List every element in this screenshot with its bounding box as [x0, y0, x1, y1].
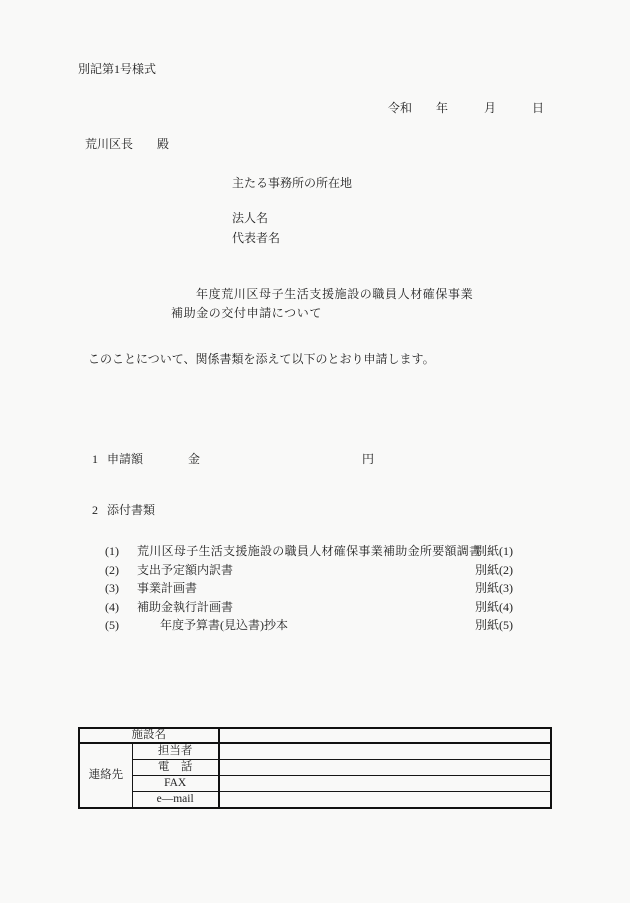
item-title: 補助金執行計画書 — [137, 600, 233, 614]
facility-name-label: 施設名 — [79, 728, 219, 743]
amount-prefix-kin: 金 — [188, 452, 200, 466]
contact-person-label: 担当者 — [132, 743, 218, 760]
item-number: (5) — [105, 618, 119, 632]
fax-value — [219, 776, 551, 792]
application-amount-section: 1 申請額 金 円 — [0, 452, 630, 468]
item-title: 荒川区母子生活支援施設の職員人材確保事業補助金所要額調書 — [137, 544, 481, 558]
document-title-line2: 補助金の交付申請について — [171, 306, 322, 320]
item-ref: 別紙(2) — [475, 563, 513, 577]
corporate-name-label: 法人名 — [232, 211, 268, 225]
attached-documents-section: 2 添付書類 — [0, 503, 630, 519]
item-ref: 別紙(4) — [475, 600, 513, 614]
representative-name-label: 代表者名 — [232, 231, 280, 245]
attached-documents-label: 添付書類 — [107, 503, 155, 517]
item-ref: 別紙(3) — [475, 581, 513, 595]
amount-suffix-yen: 円 — [362, 452, 374, 466]
attachment-item-4: (4) 補助金執行計画書 別紙(4) — [0, 600, 630, 616]
office-address-label: 主たる事務所の所在地 — [232, 176, 352, 190]
item-number: (2) — [105, 563, 119, 577]
attachment-item-5: (5) 年度予算書(見込書)抄本 別紙(5) — [0, 618, 630, 634]
item-title: 支出予定額内訳書 — [137, 563, 233, 577]
email-label: e―mail — [132, 792, 218, 809]
item-title: 年度予算書(見込書)抄本 — [160, 618, 288, 632]
attachment-item-1: (1) 荒川区母子生活支援施設の職員人材確保事業補助金所要額調書 別紙(1) — [0, 544, 630, 560]
attachment-item-3: (3) 事業計画書 別紙(3) — [0, 581, 630, 597]
document-title-line1: 年度荒川区母子生活支援施設の職員人材確保事業 — [196, 287, 473, 301]
phone-label: 電 話 — [132, 760, 218, 776]
application-amount-label: 申請額 — [107, 452, 143, 466]
item-ref: 別紙(5) — [475, 618, 513, 632]
form-number-label: 別記第1号様式 — [78, 62, 156, 76]
phone-value — [219, 760, 551, 776]
item-number: (1) — [105, 544, 119, 558]
item-title: 事業計画書 — [137, 581, 197, 595]
fax-label: FAX — [132, 776, 218, 792]
contact-table: 施設名 連絡先 担当者 電 話 FAX e―mail — [78, 727, 552, 809]
item-ref: 別紙(1) — [475, 544, 513, 558]
contact-person-value — [219, 743, 551, 760]
item-number: (4) — [105, 600, 119, 614]
attachment-item-2: (2) 支出予定額内訳書 別紙(2) — [0, 563, 630, 579]
section1-number: 1 — [92, 452, 98, 466]
email-value — [219, 792, 551, 809]
addressee-line: 荒川区長 殿 — [85, 137, 169, 151]
section2-number: 2 — [92, 503, 98, 517]
item-number: (3) — [105, 581, 119, 595]
document-page: 別記第1号様式 令和 年 月 日 荒川区長 殿 主たる事務所の所在地 法人名 代… — [0, 0, 630, 903]
facility-name-value — [219, 728, 551, 743]
date-line: 令和 年 月 日 — [388, 101, 544, 115]
contact-info-label: 連絡先 — [79, 743, 132, 808]
application-statement: このことについて、関係書類を添えて以下のとおり申請します。 — [88, 352, 435, 366]
